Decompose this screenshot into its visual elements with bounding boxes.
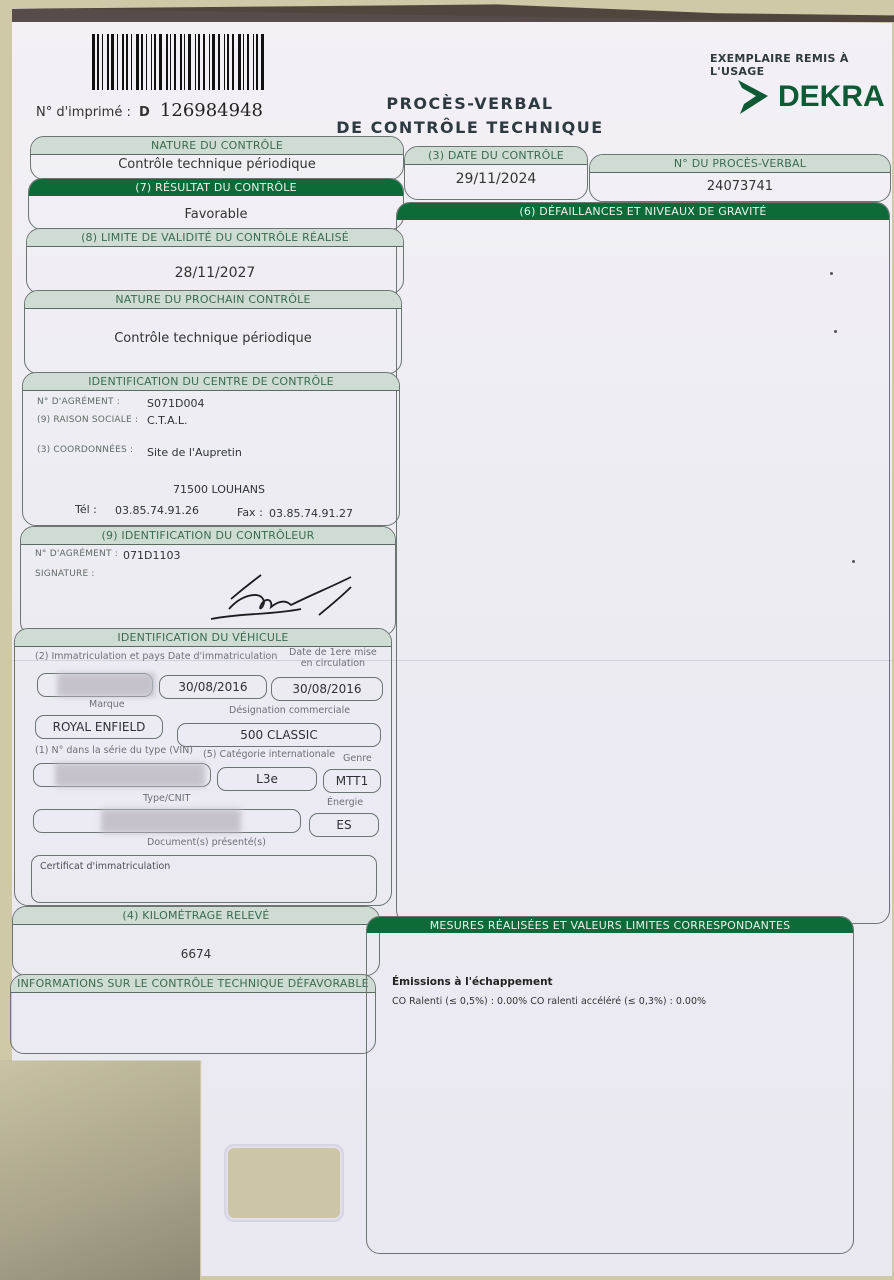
defaillances-label: (6) DÉFAILLANCES ET NIVEAUX DE GRAVITÉ — [397, 203, 889, 220]
energie-label: Énergie — [327, 797, 363, 808]
mesures-box: MESURES RÉALISÉES ET VALEURS LIMITES COR… — [366, 916, 854, 1254]
resultat-label: (7) RÉSULTAT DU CONTRÔLE — [29, 179, 403, 196]
raison-sociale-label: (9) RAISON SOCIALE : — [37, 415, 138, 425]
redacted-immatriculation — [57, 673, 155, 697]
categorie-field: L3e — [217, 767, 317, 791]
nature-controle-label: NATURE DU CONTRÔLE — [31, 137, 403, 155]
premiere-label-line-2: en circulation — [289, 658, 377, 669]
resultat-box: (7) RÉSULTAT DU CONTRÔLE Favorable — [28, 178, 404, 230]
date-premiere-circulation-field: 30/08/2016 — [271, 677, 383, 701]
limite-validite-box: (8) LIMITE DE VALIDITÉ DU CONTRÔLE RÉALI… — [26, 228, 404, 294]
barcode — [92, 34, 304, 90]
title-line-1: PROCÈS-VERBAL — [330, 92, 610, 116]
tel-value: 03.85.74.91.26 — [115, 504, 199, 517]
raison-sociale-value: C.T.A.L. — [147, 414, 188, 427]
redacted-vin — [55, 763, 205, 787]
centre-agrement-value: S071D004 — [147, 397, 204, 410]
kilometrage-value: 6674 — [13, 947, 379, 961]
fax-label: Fax : — [237, 506, 263, 519]
vin-label: (1) N° dans la série du type (VIN) — [35, 745, 193, 756]
dekra-arrow-icon — [736, 78, 770, 116]
imprime-value: 126984948 — [160, 100, 263, 121]
prochain-controle-box: NATURE DU PROCHAIN CONTRÔLE Contrôle tec… — [24, 290, 402, 374]
hologram-window — [226, 1146, 342, 1220]
centre-agrement-label: N° D'AGRÉMENT : — [37, 397, 120, 407]
numero-pv-box: N° DU PROCÈS-VERBAL 24073741 — [589, 154, 891, 202]
coordonnees-label: (3) COORDONNÉES : — [37, 445, 133, 455]
speck — [830, 272, 833, 275]
designation-label: Désignation commerciale — [229, 705, 350, 716]
paper-top-shadow — [12, 0, 894, 22]
defaillances-box: (6) DÉFAILLANCES ET NIVEAUX DE GRAVITÉ — [396, 202, 890, 924]
date-controle-value: 29/11/2024 — [405, 171, 587, 187]
speck — [852, 560, 855, 563]
background-surface — [0, 1060, 200, 1280]
genre-label: Genre — [343, 753, 372, 764]
tel-label: Tél : — [75, 503, 97, 516]
prochain-controle-value: Contrôle technique périodique — [25, 331, 401, 346]
controleur-agrement-value: 071D1103 — [123, 549, 180, 562]
energie-field: ES — [309, 813, 379, 837]
page-title: PROCÈS-VERBAL DE CONTRÔLE TECHNIQUE — [330, 92, 610, 140]
kilometrage-label: (4) KILOMÉTRAGE RELEVÉ — [13, 907, 379, 925]
kilometrage-box: (4) KILOMÉTRAGE RELEVÉ 6674 — [12, 906, 380, 976]
immatriculation-label: (2) Immatriculation et pays Date d'immat… — [35, 651, 277, 662]
prochain-controle-label: NATURE DU PROCHAIN CONTRÔLE — [25, 291, 401, 309]
date-controle-box: (3) DATE DU CONTRÔLE 29/11/2024 — [404, 146, 588, 200]
copy-notice: EXEMPLAIRE REMIS À L'USAGE — [710, 52, 894, 78]
fax-value: 03.85.74.91.27 — [269, 507, 353, 520]
speck — [834, 330, 837, 333]
signature-label: SIGNATURE : — [35, 569, 95, 579]
limite-validite-value: 28/11/2027 — [27, 265, 403, 281]
brand-name: DEKRA — [778, 80, 885, 114]
imprime-label: N° d'imprimé : — [36, 105, 131, 120]
categorie-label: (5) Catégorie internationale — [203, 749, 335, 760]
adresse-line-1: Site de l'Aupretin — [147, 446, 242, 459]
limite-validite-label: (8) LIMITE DE VALIDITÉ DU CONTRÔLE RÉALI… — [27, 229, 403, 247]
mesures-label: MESURES RÉALISÉES ET VALEURS LIMITES COR… — [367, 917, 853, 933]
numero-pv-label: N° DU PROCÈS-VERBAL — [590, 155, 890, 173]
genre-field: MTT1 — [323, 769, 381, 793]
imprime-number: N° d'imprimé : D 126984948 — [36, 100, 263, 121]
marque-label: Marque — [89, 699, 125, 710]
redacted-type-cnit — [101, 809, 241, 833]
marque-field: ROYAL ENFIELD — [35, 715, 163, 739]
controleur-box: (9) IDENTIFICATION DU CONTRÔLEUR N° D'AG… — [20, 526, 396, 636]
premiere-label-line-1: Date de 1ere mise — [289, 647, 377, 658]
adresse-line-2: 71500 LOUHANS — [173, 483, 265, 496]
premiere-circulation-label: Date de 1ere mise en circulation — [289, 647, 377, 669]
defavorable-label: INFORMATIONS SUR LE CONTRÔLE TECHNIQUE D… — [11, 975, 375, 993]
resultat-value: Favorable — [29, 207, 403, 222]
nature-controle-box: NATURE DU CONTRÔLE Contrôle technique pé… — [30, 136, 404, 180]
dekra-logo: DEKRA — [736, 78, 885, 116]
vehicule-box: IDENTIFICATION DU VÉHICULE (2) Immatricu… — [14, 628, 392, 906]
date-immatriculation-field: 30/08/2016 — [159, 675, 267, 699]
type-cnit-label: Type/CNIT — [143, 793, 190, 804]
imprime-prefix: D — [139, 105, 150, 120]
controleur-label: (9) IDENTIFICATION DU CONTRÔLEUR — [21, 527, 395, 545]
emissions-title: Émissions à l'échappement — [392, 976, 553, 988]
vehicule-label: IDENTIFICATION DU VÉHICULE — [15, 629, 391, 647]
numero-pv-value: 24073741 — [590, 179, 890, 194]
nature-controle-value: Contrôle technique périodique — [31, 157, 403, 172]
emissions-values: CO Ralenti (≤ 0,5%) : 0.00% CO ralenti a… — [392, 996, 706, 1007]
defavorable-box: INFORMATIONS SUR LE CONTRÔLE TECHNIQUE D… — [10, 974, 376, 1054]
signature-icon — [201, 569, 361, 625]
centre-label: IDENTIFICATION DU CENTRE DE CONTRÔLE — [23, 373, 399, 391]
designation-field: 500 CLASSIC — [177, 723, 381, 747]
date-controle-label: (3) DATE DU CONTRÔLE — [405, 147, 587, 165]
centre-box: IDENTIFICATION DU CENTRE DE CONTRÔLE N° … — [22, 372, 400, 526]
documents-field: Certificat d'immatriculation — [31, 855, 377, 903]
documents-value: Certificat d'immatriculation — [40, 860, 170, 874]
documents-label: Document(s) présenté(s) — [147, 837, 266, 848]
controleur-agrement-label: N° D'AGRÉMENT : — [35, 549, 118, 559]
